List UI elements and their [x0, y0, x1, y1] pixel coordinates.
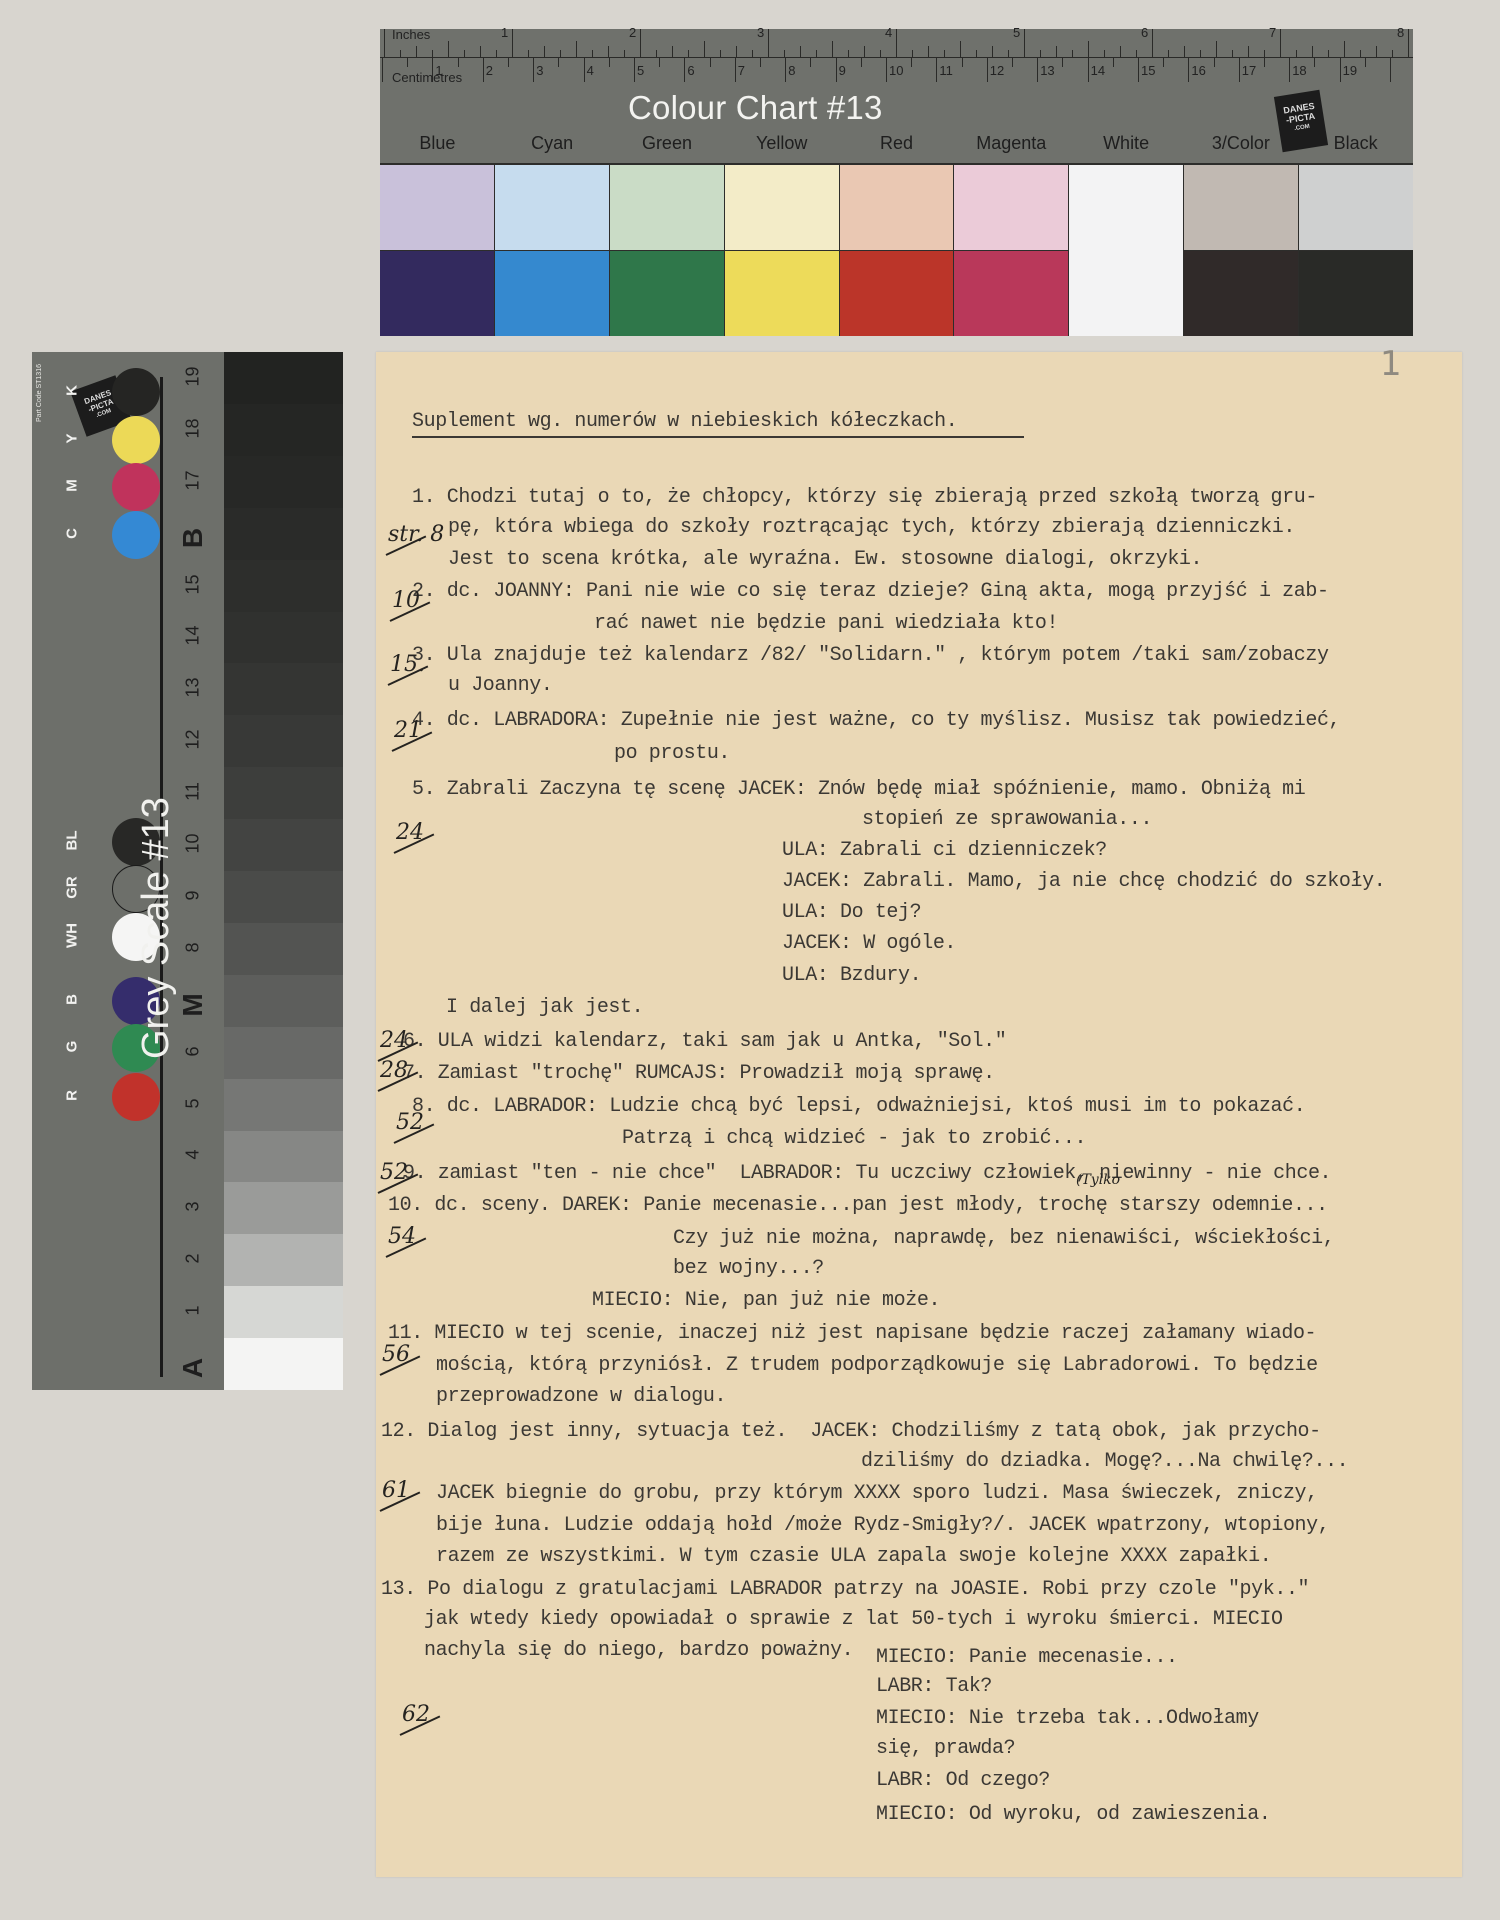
- typed-line: dziliśmy do dziadka. Mogę?...Na chwilę?.…: [861, 1450, 1348, 1473]
- inch-tick: [512, 29, 513, 57]
- cm-tick: [407, 58, 408, 67]
- grey-step-label: 9: [183, 870, 204, 920]
- inch-tick: [384, 29, 385, 57]
- cm-number: 16: [1191, 63, 1205, 78]
- inch-tick: [1360, 50, 1361, 57]
- centimetres-label: Centimetres: [392, 70, 462, 85]
- cm-tick: [962, 58, 963, 67]
- typed-line: MIECIO: Nie trzeba tak...Odwołamy: [876, 1707, 1259, 1730]
- grey-step: [224, 819, 343, 871]
- inch-tick: [1072, 50, 1073, 57]
- inch-tick: [560, 50, 561, 57]
- inch-tick: [1280, 29, 1281, 57]
- cm-number: 12: [990, 63, 1004, 78]
- inch-tick: [464, 50, 465, 57]
- inch-tick: [592, 50, 593, 57]
- colour-names: Blue Cyan Green Yellow Red Magenta White…: [380, 133, 1413, 161]
- patch-white: [1069, 165, 1183, 336]
- inch-tick: [896, 29, 897, 57]
- inch-tick: [576, 41, 577, 57]
- inch-tick: [912, 50, 913, 57]
- cm-tick: [558, 58, 559, 67]
- grey-step-label: 2: [183, 1234, 204, 1284]
- inch-tick: [656, 50, 657, 57]
- typed-line: LABR: Tak?: [876, 1675, 992, 1698]
- cm-tick: [1314, 58, 1315, 67]
- cm-tick: [659, 58, 660, 67]
- inch-tick: [1008, 50, 1009, 57]
- typed-line: stopień ze sprawowania...: [862, 808, 1152, 831]
- grey-step: [224, 1131, 343, 1183]
- grey-step: [224, 923, 343, 975]
- typed-line: 2. dc. JOANNY: Pani nie wie co się teraz…: [412, 580, 1329, 603]
- grey-step-label: 12: [183, 715, 204, 765]
- inch-tick: [1200, 50, 1201, 57]
- inch-tick: [736, 46, 737, 57]
- grey-step: [224, 1027, 343, 1079]
- grey-step-label: 5: [183, 1078, 204, 1128]
- grey-step: [224, 1286, 343, 1338]
- dot-c: [112, 511, 160, 559]
- dot-r: [112, 1073, 160, 1121]
- grey-step: [224, 871, 343, 923]
- inch-tick: [848, 50, 849, 57]
- typed-line: mością, którą przyniósł. Z trudem podpor…: [436, 1354, 1318, 1377]
- cm-number: 14: [1091, 63, 1105, 78]
- patch-yellow-light: [725, 165, 839, 250]
- cm-tick: [1088, 58, 1089, 82]
- grey-step: [224, 612, 343, 664]
- cm-tick: [458, 58, 459, 67]
- typed-line: MIECIO: Panie mecenasie...: [876, 1646, 1178, 1669]
- cm-tick: [1365, 58, 1366, 67]
- inch-tick: [1136, 50, 1137, 57]
- cm-number: 15: [1141, 63, 1155, 78]
- typed-line: 11. MIECIO w tej scenie, inaczej niż jes…: [388, 1322, 1316, 1345]
- inch-tick: [1088, 41, 1089, 57]
- inch-tick: [1392, 50, 1393, 57]
- cm-tick: [785, 58, 786, 82]
- typed-line: 5. Zabrali Zaczyna tę scenę JACEK: Znów …: [412, 778, 1305, 801]
- inch-tick: [816, 50, 817, 57]
- inch-tick: [624, 50, 625, 57]
- typed-line: JACEK biegnie do grobu, przy którym XXXX…: [436, 1482, 1318, 1505]
- typed-line: Czy już nie można, naprawdę, bez nienawi…: [673, 1227, 1334, 1250]
- inch-tick: [1328, 50, 1329, 57]
- inch-tick: [496, 50, 497, 57]
- grey-step-label: 18: [183, 403, 204, 453]
- grey-step-label: 6: [183, 1026, 204, 1076]
- part-code: Part Code ST1316: [36, 364, 44, 422]
- typed-line: MIECIO: Od wyroku, od zawieszenia.: [876, 1803, 1270, 1826]
- cm-tick: [684, 58, 685, 82]
- typed-line: przeprowadzone w dialogu.: [436, 1385, 726, 1408]
- cm-number: 17: [1242, 63, 1256, 78]
- grey-step-label: 13: [183, 663, 204, 713]
- grey-step-label: 11: [183, 767, 204, 817]
- inch-tick: [1376, 46, 1377, 57]
- inch-number: 7: [1269, 25, 1276, 40]
- colour-name: Yellow: [724, 133, 839, 161]
- typed-line: I dalej jak jest.: [446, 996, 643, 1019]
- typed-line: 1. Chodzi tutaj o to, że chłopcy, którzy…: [412, 486, 1317, 509]
- grey-step: [224, 1234, 343, 1286]
- grey-step: [224, 404, 343, 456]
- grey-step: [224, 456, 343, 508]
- cm-number: 19: [1343, 63, 1357, 78]
- dot-label: R: [64, 1066, 81, 1126]
- patch-black-dark: [1299, 251, 1413, 336]
- patch-red-dark: [840, 251, 954, 336]
- typed-line: bije łuna. Ludzie oddają hołd /może Rydz…: [436, 1514, 1329, 1537]
- cm-tick: [710, 58, 711, 67]
- colour-patches: [380, 163, 1413, 336]
- typed-line: JACEK: Zabrali. Mamo, ja nie chcę chodzi…: [782, 870, 1385, 893]
- grey-step: [224, 352, 343, 404]
- inch-tick: [1232, 50, 1233, 57]
- colour-chart-title: Colour Chart #13: [628, 89, 883, 127]
- page-number: 1: [1380, 344, 1402, 384]
- grey-step-label: 14: [183, 611, 204, 661]
- cm-tick: [1012, 58, 1013, 67]
- cm-tick: [1340, 58, 1341, 82]
- typed-line: 4. dc. LABRADORA: Zupełnie nie jest ważn…: [412, 709, 1340, 732]
- typed-line: ULA: Zabrali ci dzienniczek?: [782, 839, 1107, 862]
- grey-step-label: 10: [183, 819, 204, 869]
- typed-line: jak wtedy kiedy opowiadał o sprawie z la…: [424, 1608, 1283, 1631]
- grey-step-label: M: [177, 980, 209, 1030]
- cm-number: 9: [839, 63, 846, 78]
- inch-number: 1: [501, 25, 508, 40]
- typed-line: 8. dc. LABRADOR: Ludzie chcą być lepsi, …: [412, 1095, 1305, 1118]
- grey-step: [224, 767, 343, 819]
- cm-tick: [584, 58, 585, 82]
- grey-step-label: 17: [183, 455, 204, 505]
- inch-tick: [784, 50, 785, 57]
- cm-tick: [483, 58, 484, 82]
- typed-line: ULA: Do tej?: [782, 901, 921, 924]
- inch-tick: [928, 46, 929, 57]
- typed-line: 12. Dialog jest inny, sytuacja też. JACE…: [381, 1420, 1321, 1443]
- dot-m: [112, 463, 160, 511]
- typed-line: JACEK: W ogóle.: [782, 932, 956, 955]
- typed-line: bez wojny...?: [673, 1257, 824, 1280]
- patch-3-color-dark: [1184, 251, 1298, 336]
- colour-name: White: [1069, 133, 1184, 161]
- inch-tick: [976, 50, 977, 57]
- cm-number: 7: [738, 63, 745, 78]
- patch-cyan-light: [495, 165, 609, 250]
- cm-tick: [1113, 58, 1114, 67]
- cm-number: 11: [939, 63, 953, 78]
- inch-number: 4: [885, 25, 892, 40]
- document-title: Suplement wg. numerów w niebieskich kółe…: [412, 410, 957, 433]
- inch-tick: [1216, 41, 1217, 57]
- inch-number: 3: [757, 25, 764, 40]
- inch-tick: [432, 50, 433, 57]
- grey-step: [224, 560, 343, 612]
- patch-yellow-dark: [725, 251, 839, 336]
- inch-tick: [1120, 46, 1121, 57]
- cm-tick: [533, 58, 534, 82]
- inch-tick: [1152, 29, 1153, 57]
- dot-label: WH: [64, 906, 81, 966]
- grey-step-label: B: [177, 513, 209, 563]
- inches-label: Inches: [392, 27, 430, 42]
- cm-number: 8: [788, 63, 795, 78]
- grey-step-label: 19: [183, 351, 204, 401]
- typed-line: Jest to scena krótka, ale wyraźna. Ew. s…: [448, 548, 1202, 571]
- inch-tick: [1264, 50, 1265, 57]
- typed-line: po prostu.: [614, 742, 730, 765]
- colour-name: Magenta: [954, 133, 1069, 161]
- colour-name: Blue: [380, 133, 495, 161]
- inch-tick: [1344, 41, 1345, 57]
- cm-tick: [1264, 58, 1265, 67]
- cm-tick: [508, 58, 509, 67]
- colour-chart: Inches 123456781234567891011121314151617…: [380, 29, 1413, 334]
- cm-tick: [987, 58, 988, 82]
- cm-number: 2: [486, 63, 493, 78]
- grey-step: [224, 1079, 343, 1131]
- typed-line: rać nawet nie będzie pani wiedziała kto!: [594, 612, 1058, 635]
- grey-step-label: 1: [183, 1286, 204, 1336]
- grey-step-label: A: [177, 1343, 209, 1393]
- grey-step: [224, 975, 343, 1027]
- inch-tick: [640, 29, 641, 57]
- patch-magenta-dark: [954, 251, 1068, 336]
- inch-tick: [544, 46, 545, 57]
- cm-tick: [1239, 58, 1240, 82]
- inch-number: 5: [1013, 25, 1020, 40]
- cm-number: 13: [1040, 63, 1054, 78]
- inch-number: 2: [629, 25, 636, 40]
- inch-tick: [800, 46, 801, 57]
- cm-tick: [936, 58, 937, 82]
- grey-step: [224, 1338, 343, 1390]
- dot-k: [112, 368, 160, 416]
- inch-tick: [448, 41, 449, 57]
- inch-tick: [1056, 46, 1057, 57]
- patch-magenta-light: [954, 165, 1068, 250]
- grey-step-label: 3: [183, 1182, 204, 1232]
- patch-red-light: [840, 165, 954, 250]
- patch-black-light: [1299, 165, 1413, 250]
- typed-line: 7. Zamiast "trochę" RUMCAJS: Prowadził m…: [403, 1062, 995, 1085]
- cm-tick: [609, 58, 610, 67]
- inch-tick: [1024, 29, 1025, 57]
- cm-tick: [836, 58, 837, 82]
- cm-tick: [1188, 58, 1189, 82]
- cm-tick: [810, 58, 811, 67]
- inch-tick: [528, 50, 529, 57]
- inch-number: 8: [1397, 25, 1404, 40]
- typed-line: 9. zamiast "ten - nie chce" LABRADOR: Tu…: [403, 1162, 1331, 1185]
- inch-tick: [768, 29, 769, 57]
- grey-step: [224, 715, 343, 767]
- dot-y: [112, 416, 160, 464]
- typed-line: się, prawda?: [876, 1737, 1015, 1760]
- cm-tick: [1062, 58, 1063, 67]
- cm-tick: [1390, 58, 1391, 82]
- patch-green-light: [610, 165, 724, 250]
- inch-tick: [1168, 50, 1169, 57]
- typed-line: razem ze wszystkimi. W tym czasie ULA za…: [436, 1545, 1271, 1568]
- typed-document: 1 Suplement wg. numerów w niebieskich kó…: [376, 352, 1462, 1877]
- title-underline: [412, 436, 1024, 438]
- patch-3-color-light: [1184, 165, 1298, 250]
- cm-tick: [634, 58, 635, 82]
- cm-tick: [382, 58, 383, 82]
- typed-line: 10. dc. sceny. DAREK: Panie mecenasie...…: [388, 1194, 1328, 1217]
- typed-line: 6. ULA widzi kalendarz, taki sam jak u A…: [403, 1030, 1006, 1053]
- typed-line: Patrzą i chcą widzieć - jak to zrobić...: [622, 1127, 1086, 1150]
- typed-line: pę, która wbiega do szkoły roztrącając t…: [448, 516, 1295, 539]
- cm-number: 3: [536, 63, 543, 78]
- inch-tick: [688, 50, 689, 57]
- cm-tick: [1289, 58, 1290, 82]
- typed-line: ULA: Bzdury.: [782, 964, 921, 987]
- inch-tick: [1184, 46, 1185, 57]
- inch-tick: [752, 50, 753, 57]
- colour-name: Cyan: [495, 133, 610, 161]
- grey-step: [224, 1182, 343, 1234]
- patch-green-dark: [610, 251, 724, 336]
- inch-tick: [1104, 50, 1105, 57]
- colour-name: Green: [610, 133, 725, 161]
- grey-step: [224, 663, 343, 715]
- cm-tick: [886, 58, 887, 82]
- patch-blue-light: [380, 165, 494, 250]
- colour-name: Red: [839, 133, 954, 161]
- grey-scale-chart: Part Code ST1316 DANES -PICTA .COM KYMCB…: [32, 352, 343, 1390]
- inch-tick: [1312, 46, 1313, 57]
- inch-tick: [864, 46, 865, 57]
- handwritten-correction: (Tylko: [1076, 1172, 1120, 1188]
- inch-tick: [400, 50, 401, 57]
- typed-line: u Joanny.: [448, 674, 552, 697]
- dot-label: C: [64, 504, 81, 564]
- cm-tick: [861, 58, 862, 67]
- cm-tick: [1163, 58, 1164, 67]
- inch-tick: [1296, 50, 1297, 57]
- inch-tick: [992, 46, 993, 57]
- cm-number: 6: [687, 63, 694, 78]
- cm-tick: [760, 58, 761, 67]
- inch-tick: [672, 46, 673, 57]
- inch-tick: [944, 50, 945, 57]
- colour-name: 3/Color: [1183, 133, 1298, 161]
- inch-number: 6: [1141, 25, 1148, 40]
- cm-number: 5: [637, 63, 644, 78]
- inch-tick: [1248, 46, 1249, 57]
- grey-step-label: 15: [183, 559, 204, 609]
- ruler: Inches 123456781234567891011121314151617…: [380, 29, 1413, 129]
- margin-page-number: str. 8: [388, 522, 444, 547]
- cm-tick: [1214, 58, 1215, 67]
- typed-line: LABR: Od czego?: [876, 1769, 1050, 1792]
- cm-number: 4: [587, 63, 594, 78]
- inch-tick: [720, 50, 721, 57]
- typed-line: MIECIO: Nie, pan już nie może.: [592, 1289, 940, 1312]
- inch-tick: [416, 46, 417, 57]
- cm-tick: [735, 58, 736, 82]
- inch-tick: [960, 41, 961, 57]
- margin-page-number: 15.: [390, 652, 425, 677]
- cm-tick: [1138, 58, 1139, 82]
- typed-line: nachyla się do niego, bardzo poważny.: [424, 1639, 853, 1662]
- grey-scale-title: Grey Scale #13: [135, 809, 179, 1059]
- inch-tick: [880, 50, 881, 57]
- cm-tick: [911, 58, 912, 67]
- inch-tick: [1040, 50, 1041, 57]
- inch-tick: [480, 46, 481, 57]
- inch-tick: [832, 41, 833, 57]
- cm-number: 18: [1292, 63, 1306, 78]
- patch-cyan-dark: [495, 251, 609, 336]
- cm-tick: [1037, 58, 1038, 82]
- patch-blue-dark: [380, 251, 494, 336]
- typed-line: 3. Ula znajduje też kalendarz /82/ "Soli…: [412, 644, 1329, 667]
- grey-step-label: 4: [183, 1130, 204, 1180]
- colour-name: Black: [1298, 133, 1413, 161]
- grey-step: [224, 508, 343, 560]
- inch-tick: [704, 41, 705, 57]
- typed-line: 13. Po dialogu z gratulacjami LABRADOR p…: [381, 1578, 1309, 1601]
- inch-tick: [608, 46, 609, 57]
- grey-step-label: 8: [183, 922, 204, 972]
- cm-number: 10: [889, 63, 903, 78]
- ruler-baseline: [380, 57, 1413, 58]
- inch-tick: [1408, 29, 1409, 57]
